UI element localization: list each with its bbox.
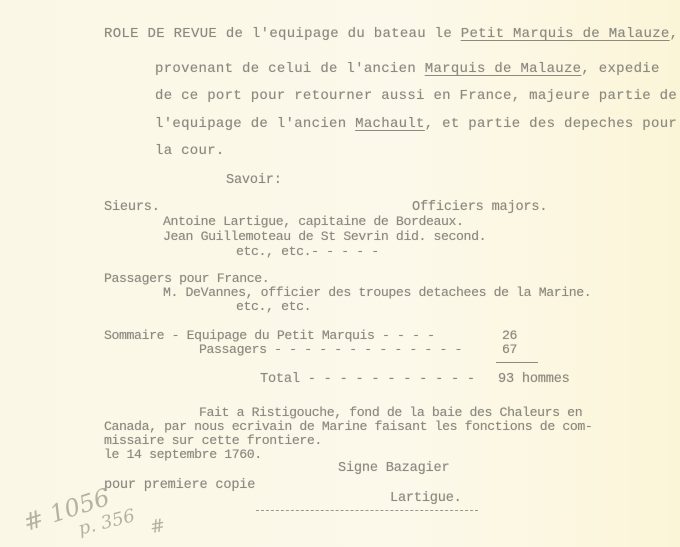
- copy-signature: Lartigue.: [390, 491, 462, 507]
- dashed-rule: [256, 510, 478, 511]
- summary-crew-line: Sommaire - Equipage du Petit Marquis - -…: [104, 329, 435, 342]
- date-line: le 14 septembre 1760.: [104, 448, 262, 461]
- officer-entry: Antoine Lartigue, capitaine de Bordeaux.: [163, 215, 464, 228]
- officer-entry: Jean Guillemoteau de St Sevrin did. seco…: [163, 230, 486, 243]
- pencil-mark: #: [148, 515, 167, 538]
- intro-line-3: de ce port pour retourner aussi en Franc…: [155, 88, 677, 104]
- signed-by: Signe Bazagier: [338, 461, 449, 477]
- ship-name: Petit Marquis de Malauze: [461, 26, 670, 42]
- intro-line-2: provenant de celui de l'ancien Marquis d…: [155, 61, 660, 77]
- intro-line-5: la cour.: [155, 143, 225, 159]
- passenger-entry: M. DeVannes, officier des troupes detach…: [163, 286, 591, 299]
- summary-passengers-label: Passagers - - - - - - - - - - - - -: [199, 343, 462, 356]
- title-caps: ROLE DE REVUE: [104, 26, 217, 42]
- closing-line: Canada, par nous ecrivain de Marine fais…: [104, 420, 592, 433]
- intro-line-4: l'equipage de l'ancien Machault, et part…: [155, 116, 677, 132]
- summary-label: Sommaire: [104, 328, 164, 343]
- passenger-entry: etc., etc.: [236, 300, 311, 313]
- passengers-count: 67: [502, 343, 517, 356]
- title-line: ROLE DE REVUE de l'equipage du bateau le…: [104, 26, 678, 42]
- officer-entry: etc., etc.- - - - -: [236, 245, 379, 258]
- total-label: Total - - - - - - - - - - -: [260, 372, 475, 388]
- closing-line: missaire sur cette frontiere.: [104, 434, 322, 447]
- crew-count: 26: [502, 329, 517, 342]
- copy-note: pour premiere copie: [104, 478, 255, 494]
- sieurs-label: Sieurs.: [104, 200, 160, 216]
- machault-name: Machault: [355, 116, 425, 132]
- total-count: 93 hommes: [498, 372, 570, 388]
- old-ship-name: Marquis de Malauze: [425, 61, 582, 77]
- sum-underline: [496, 362, 538, 363]
- passengers-heading: Passagers pour France.: [104, 272, 269, 285]
- closing-line: Fait a Ristigouche, fond de la baie des …: [199, 406, 582, 419]
- savoir-heading: Savoir:: [226, 173, 282, 189]
- typed-document: ROLE DE REVUE de l'equipage du bateau le…: [0, 0, 680, 547]
